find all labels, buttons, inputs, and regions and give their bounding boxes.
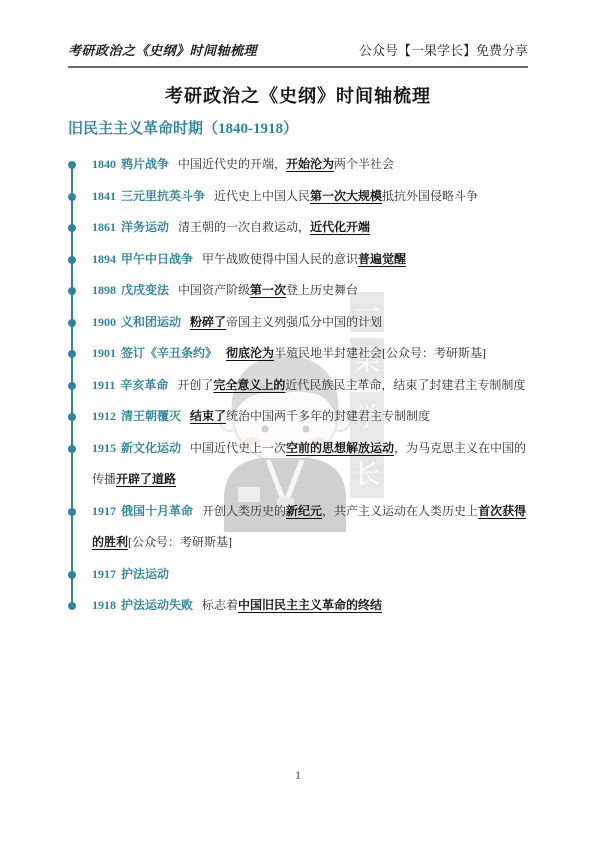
item-year: 1917 [92, 504, 116, 518]
item-year: 1861 [92, 220, 116, 234]
timeline-dot-icon [68, 382, 76, 390]
item-event: 洋务运动 [121, 220, 169, 234]
item-year: 1894 [92, 252, 116, 266]
section-heading: 旧民主主义革命时期（1840-1918） [68, 117, 298, 138]
timeline-item-1917-october-revolution: 1917俄国十月革命开创人类历史的新纪元，共产主义运动在人类历史上首次获得的胜利… [68, 496, 566, 559]
item-event: 戊戌变法 [121, 283, 169, 297]
item-year: 1918 [92, 598, 116, 612]
timeline-item-1912: 1912清王朝覆灭结束了统治中国两千多年的封建君主专制制度 [68, 401, 566, 433]
timeline-item-1840: 1840鸦片战争中国近代史的开端，开始沦为两个半社会 [68, 149, 566, 181]
timeline-dot-icon [68, 602, 76, 610]
item-desc: 甲午战败使得中国人民的意识普遍觉醒 [202, 252, 406, 266]
item-desc: 中国资产阶级第一次登上历史舞台 [178, 283, 358, 297]
page-number: 1 [0, 768, 596, 783]
timeline-dot-icon [68, 287, 76, 295]
item-desc: 粉碎了帝国主义列强瓜分中国的计划 [190, 315, 382, 329]
item-year: 1917 [92, 567, 116, 581]
item-year: 1901 [92, 346, 116, 360]
timeline-dot-icon [68, 193, 76, 201]
item-event: 甲午中日战争 [121, 252, 193, 266]
timeline-item-1917-hufa: 1917护法运动 [68, 559, 566, 591]
timeline-item-1894: 1894甲午中日战争甲午战败使得中国人民的意识普遍觉醒 [68, 244, 566, 276]
item-desc: 开创了完全意义上的近代民族民主革命，结束了封建君主专制制度 [177, 378, 525, 392]
item-year: 1898 [92, 283, 116, 297]
timeline-item-1915: 1915新文化运动中国近代史上一次空前的思想解放运动，为马克思主义在中国的传播开… [68, 433, 566, 496]
timeline-dot-icon [68, 508, 76, 516]
item-event: 三元里抗英斗争 [121, 189, 205, 203]
timeline: 1840鸦片战争中国近代史的开端，开始沦为两个半社会 1841三元里抗英斗争近代… [68, 149, 566, 622]
item-desc: 近代史上中国人民第一次大规模抵抗外国侵略斗争 [214, 189, 478, 203]
item-event: 护法运动 [121, 567, 169, 581]
item-event: 义和团运动 [121, 315, 181, 329]
item-event: 签订《辛丑条约》 [121, 346, 217, 360]
item-desc: 标志着中国旧民主主义革命的终结 [202, 598, 382, 612]
document-page: 一 果 学 长 考研政治之《史纲》时间轴梳理 公众号【一果学长】免费分享 考研政… [0, 0, 596, 842]
item-desc: 清王朝的一次自救运动，近代化开端 [178, 220, 370, 234]
item-desc: 彻底沦为半殖民地半封建社会[公众号：考研斯基] [226, 346, 486, 360]
timeline-dot-icon [68, 319, 76, 327]
timeline-dot-icon [68, 350, 76, 358]
item-event: 护法运动失败 [121, 598, 193, 612]
doc-title: 考研政治之《史纲》时间轴梳理 [0, 82, 596, 108]
item-event: 清王朝覆灭 [121, 409, 181, 423]
timeline-dot-icon [68, 256, 76, 264]
timeline-item-1861: 1861洋务运动清王朝的一次自救运动，近代化开端 [68, 212, 566, 244]
timeline-dot-icon [68, 161, 76, 169]
item-event: 俄国十月革命 [121, 504, 193, 518]
header-left-title: 考研政治之《史纲》时间轴梳理 [68, 40, 257, 59]
item-event: 新文化运动 [121, 441, 181, 455]
item-year: 1841 [92, 189, 116, 203]
item-event: 鸦片战争 [121, 157, 169, 171]
item-desc: 中国近代史的开端，开始沦为两个半社会 [178, 157, 394, 171]
timeline-item-1900: 1900义和团运动粉碎了帝国主义列强瓜分中国的计划 [68, 307, 566, 339]
timeline-dot-icon [68, 445, 76, 453]
item-year: 1900 [92, 315, 116, 329]
item-desc: 结束了统治中国两千多年的封建君主专制制度 [190, 409, 430, 423]
timeline-item-1841: 1841三元里抗英斗争近代史上中国人民第一次大规模抵抗外国侵略斗争 [68, 181, 566, 213]
item-year: 1840 [92, 157, 116, 171]
item-year: 1915 [92, 441, 116, 455]
timeline-item-1901: 1901签订《辛丑条约》彻底沦为半殖民地半封建社会[公众号：考研斯基] [68, 338, 566, 370]
timeline-item-1918: 1918护法运动失败标志着中国旧民主主义革命的终结 [68, 590, 566, 622]
item-event: 辛亥革命 [120, 378, 168, 392]
item-year: 1912 [92, 409, 116, 423]
timeline-dot-icon [68, 571, 76, 579]
page-header: 考研政治之《史纲》时间轴梳理 公众号【一果学长】免费分享 [68, 40, 528, 68]
timeline-item-1898: 1898戊戌变法中国资产阶级第一次登上历史舞台 [68, 275, 566, 307]
timeline-dot-icon [68, 224, 76, 232]
timeline-item-1911: 1911辛亥革命开创了完全意义上的近代民族民主革命，结束了封建君主专制制度 [68, 370, 566, 402]
timeline-dot-icon [68, 413, 76, 421]
header-right-note: 公众号【一果学长】免费分享 [359, 40, 528, 59]
item-year: 1911 [92, 378, 115, 392]
